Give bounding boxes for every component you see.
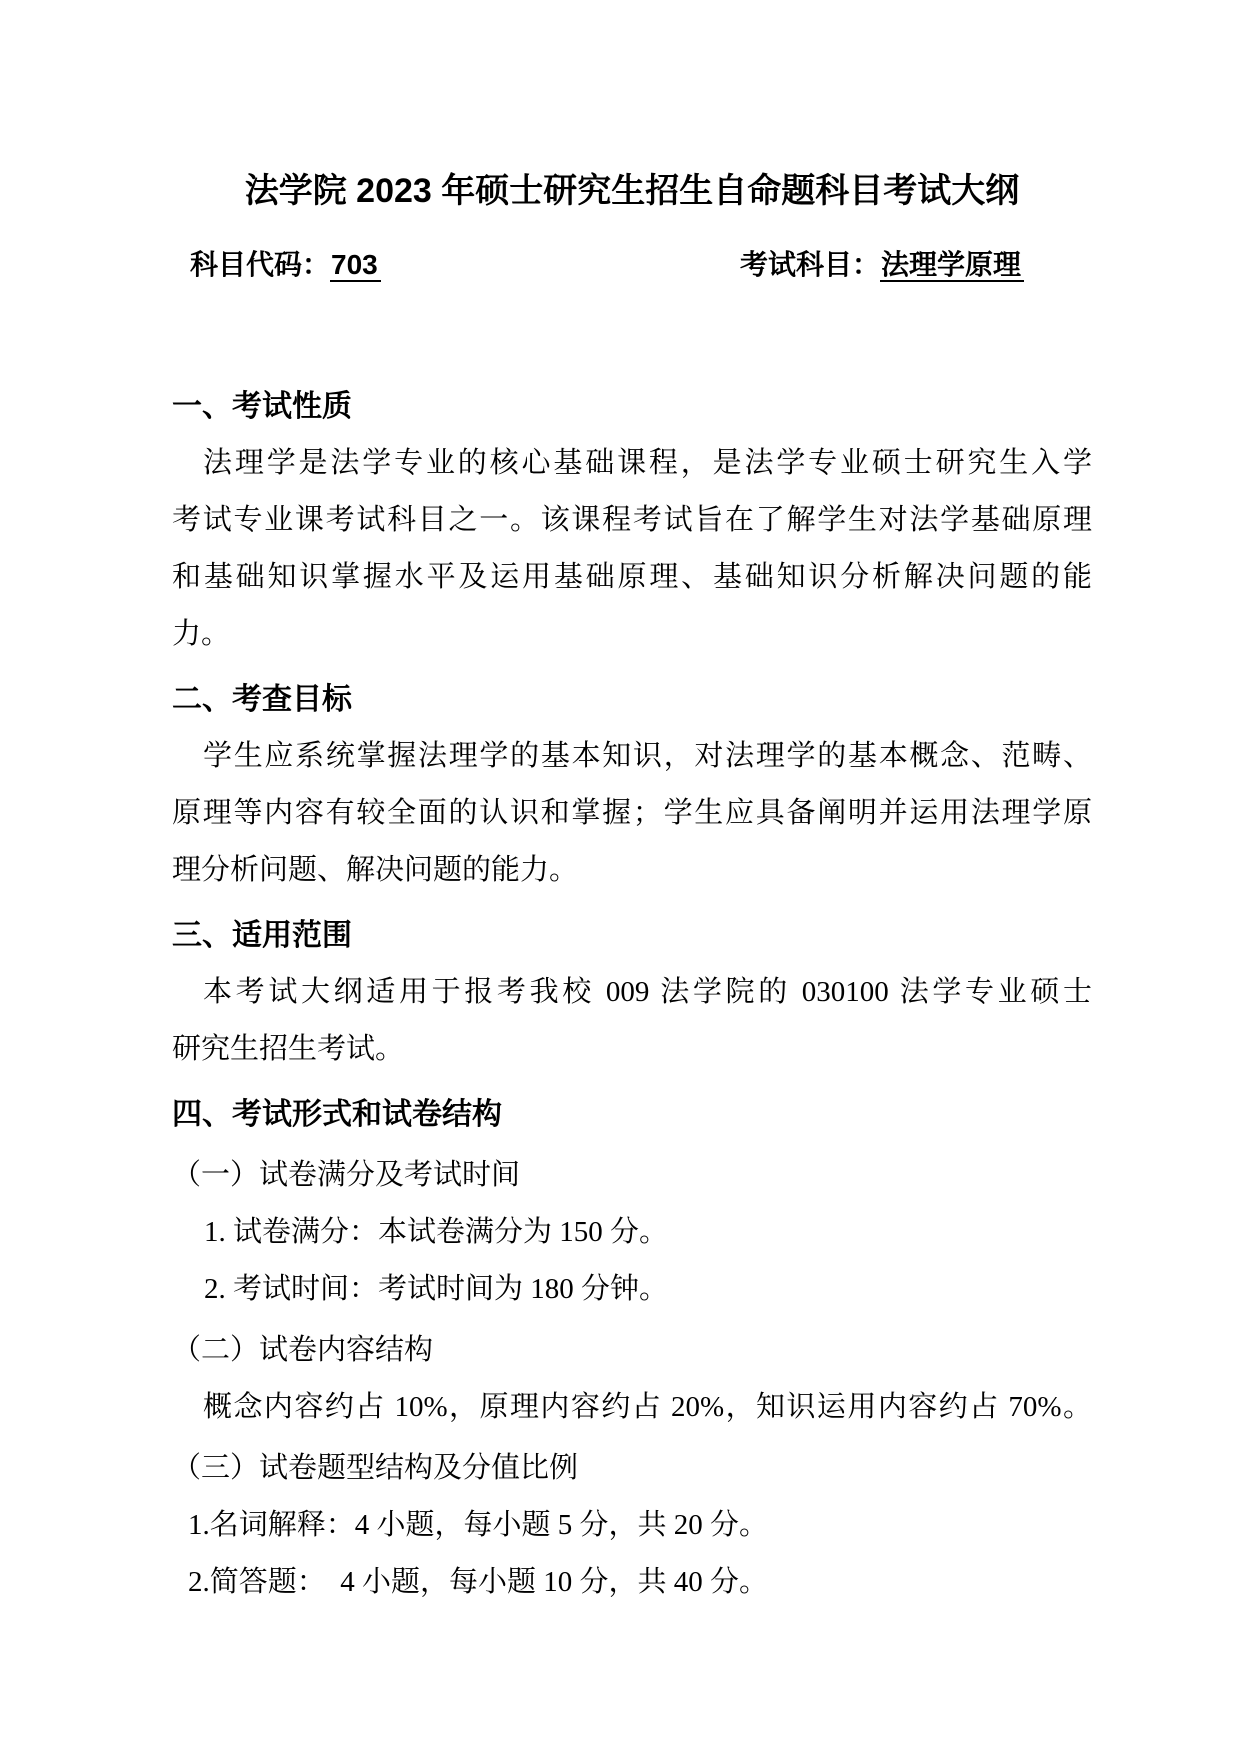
- paragraph-line: 本考试大纲适用于报考我校 009 法学院的 030100 法学专业硕士: [172, 964, 1092, 1021]
- list-item: 2. 考试时间：考试时间为 180 分钟。: [172, 1261, 1092, 1318]
- section-heading-2: 二、考查目标: [172, 671, 1092, 728]
- subject-info-row: 科目代码：703 考试科目：法理学原理: [172, 242, 1092, 288]
- document-page: 法学院 2023 年硕士研究生招生自命题科目考试大纲 科目代码：703 考试科目…: [0, 0, 1240, 1754]
- paragraph-line: 学生应系统掌握法理学的基本知识，对法理学的基本概念、范畴、: [172, 728, 1092, 785]
- subsection-label-3: （三）试卷题型结构及分值比例: [172, 1440, 1092, 1497]
- paragraph-line: 考试专业课考试科目之一。该课程考试旨在了解学生对法学基础原理: [172, 492, 1092, 549]
- list-item: 1. 试卷满分：本试卷满分为 150 分。: [172, 1204, 1092, 1261]
- section-heading-4: 四、考试形式和试卷结构: [172, 1086, 1092, 1143]
- subject-code-value: 703: [330, 249, 381, 282]
- exam-subject: 考试科目：法理学原理: [740, 242, 1024, 288]
- subsection-label-2: （二）试卷内容结构: [172, 1322, 1092, 1379]
- document-title: 法学院 2023 年硕士研究生招生自命题科目考试大纲: [172, 166, 1092, 216]
- section-heading-3: 三、适用范围: [172, 907, 1092, 964]
- paragraph-line: 研究生招生考试。: [172, 1021, 1092, 1078]
- list-item: 1.名词解释：4 小题，每小题 5 分，共 20 分。: [172, 1497, 1092, 1554]
- exam-subject-value: 法理学原理: [880, 249, 1024, 282]
- paragraph-line: 和基础知识掌握水平及运用基础原理、基础知识分析解决问题的能: [172, 549, 1092, 606]
- paragraph-line: 理分析问题、解决问题的能力。: [172, 842, 1092, 899]
- subsection-label-1: （一）试卷满分及考试时间: [172, 1147, 1092, 1204]
- list-item: 2.简答题： 4 小题，每小题 10 分，共 40 分。: [172, 1554, 1092, 1611]
- document-content: 法学院 2023 年硕士研究生招生自命题科目考试大纲 科目代码：703 考试科目…: [172, 166, 1092, 1611]
- paragraph-line: 力。: [172, 606, 1092, 663]
- paragraph-line: 原理等内容有较全面的认识和掌握；学生应具备阐明并运用法理学原: [172, 785, 1092, 842]
- subject-code-label: 科目代码：: [190, 249, 330, 280]
- subject-code: 科目代码：703: [190, 242, 381, 288]
- paragraph-line: 概念内容约占 10%，原理内容约占 20%，知识运用内容约占 70%。: [172, 1379, 1092, 1436]
- exam-subject-label: 考试科目：: [740, 249, 880, 280]
- paragraph-line: 法理学是法学专业的核心基础课程，是法学专业硕士研究生入学: [172, 435, 1092, 492]
- section-heading-1: 一、考试性质: [172, 378, 1092, 435]
